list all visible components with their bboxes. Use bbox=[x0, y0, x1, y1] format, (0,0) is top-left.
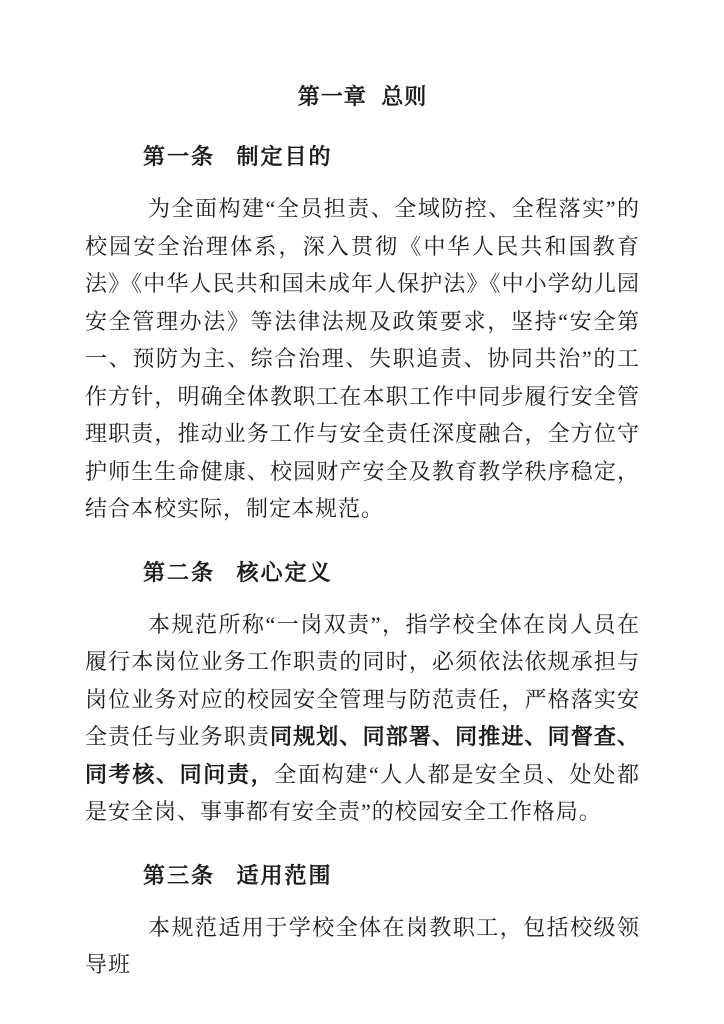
articles-container: 第一条 制定目的为全面构建“全员担责、全域防控、全程落实”的校园安全治理体系，深… bbox=[85, 142, 640, 984]
article-paragraph: 本规范所称“一岗双责”，指学校全体在岗人员在履行本岗位业务工作职责的同时，必须依… bbox=[85, 606, 640, 831]
chapter-title: 第一章 总则 bbox=[85, 82, 640, 112]
text-run: 为全面构建“全员担责、全域防控、全程落实”的校园安全治理体系，深入贯彻《中华人民… bbox=[85, 196, 640, 521]
article-heading: 第二条 核心定义 bbox=[85, 558, 640, 588]
article-heading: 第三条 适用范围 bbox=[85, 861, 640, 891]
article-paragraph: 本规范适用于学校全体在岗教职工，包括校级领导班 bbox=[85, 909, 640, 984]
article-heading: 第一条 制定目的 bbox=[85, 142, 640, 172]
document-page: 第一章 总则 第一条 制定目的为全面构建“全员担责、全域防控、全程落实”的校园安… bbox=[0, 0, 724, 1024]
article-paragraph: 为全面构建“全员担责、全域防控、全程落实”的校园安全治理体系，深入贯彻《中华人民… bbox=[85, 190, 640, 528]
text-run: 本规范适用于学校全体在岗教职工，包括校级领导班 bbox=[85, 915, 640, 978]
